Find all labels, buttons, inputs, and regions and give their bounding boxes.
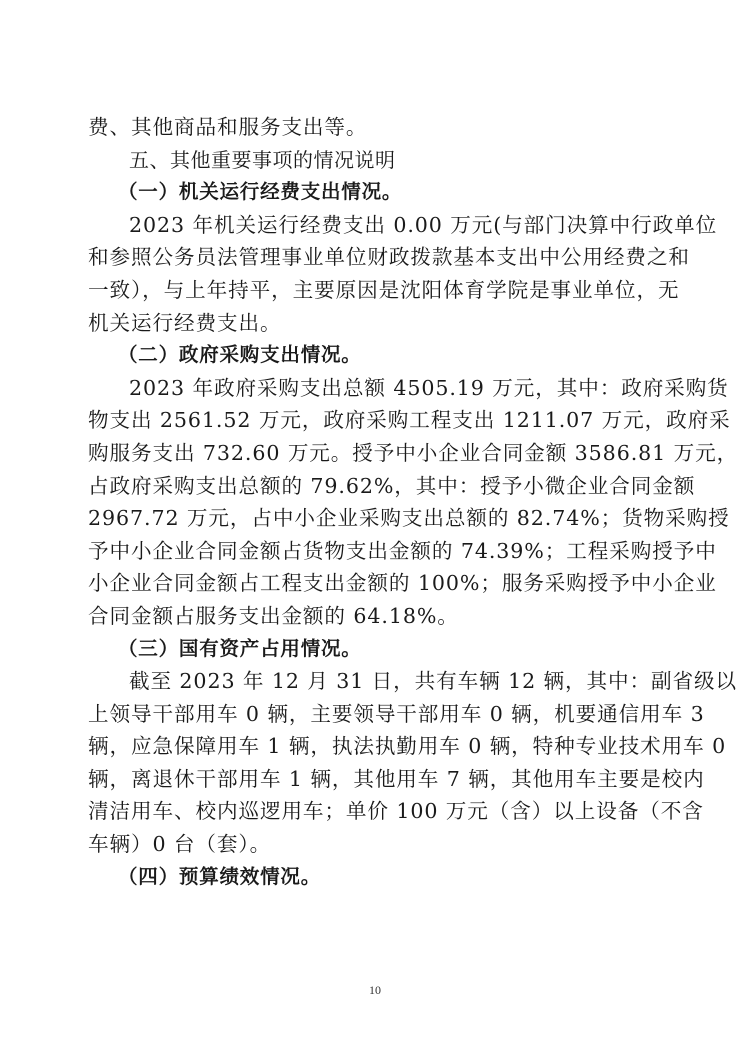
paragraph-line: 一致），与上年持平，主要原因是沈阳体育学院是事业单位，无 bbox=[88, 274, 670, 307]
paragraph-continuation: 费、其他商品和服务支出等。 bbox=[88, 111, 670, 144]
paragraph-line: 小企业合同金额占工程支出金额的 100%；服务采购授予中小企业 bbox=[88, 567, 670, 600]
page-number: 10 bbox=[0, 983, 750, 998]
paragraph-line: 机关运行经费支出。 bbox=[88, 307, 670, 340]
paragraph-line: 车辆）0 台（套）。 bbox=[88, 828, 670, 861]
subheading-government-procurement: （二）政府采购支出情况。 bbox=[88, 339, 670, 372]
subheading-operating-expenses: （一）机关运行经费支出情况。 bbox=[88, 176, 670, 209]
paragraph-line: 上领导干部用车 0 辆，主要领导干部用车 0 辆，机要通信用车 3 bbox=[88, 698, 670, 731]
subheading-state-assets: （三）国有资产占用情况。 bbox=[88, 633, 670, 666]
paragraph-line: 和参照公务员法管理事业单位财政拨款基本支出中公用经费之和 bbox=[88, 241, 670, 274]
paragraph-line: 辆，应急保障用车 1 辆，执法执勤用车 0 辆，特种专业技术用车 0 bbox=[88, 730, 670, 763]
paragraph-line: 占政府采购支出总额的 79.62%，其中：授予小微企业合同金额 bbox=[88, 470, 670, 503]
paragraph-line: 予中小企业合同金额占货物支出金额的 74.39%；工程采购授予中 bbox=[88, 535, 670, 568]
paragraph-line: 截至 2023 年 12 月 31 日，共有车辆 12 辆，其中：副省级以 bbox=[88, 665, 670, 698]
paragraph-line: 2023 年政府采购支出总额 4505.19 万元，其中：政府采购货 bbox=[88, 372, 670, 405]
paragraph-line: 清洁用车、校内巡逻用车；单价 100 万元（含）以上设备（不含 bbox=[88, 795, 670, 828]
paragraph-line: 购服务支出 732.60 万元。授予中小企业合同金额 3586.81 万元， bbox=[88, 437, 670, 470]
paragraph-line: 辆，离退休干部用车 1 辆，其他用车 7 辆，其他用车主要是校内 bbox=[88, 763, 670, 796]
subheading-budget-performance: （四）预算绩效情况。 bbox=[88, 861, 670, 894]
paragraph-line: 2967.72 万元，占中小企业采购支出总额的 82.74%；货物采购授 bbox=[88, 502, 670, 535]
paragraph-line: 2023 年机关运行经费支出 0.00 万元(与部门决算中行政单位 bbox=[88, 209, 670, 242]
paragraph-line: 合同金额占服务支出金额的 64.18%。 bbox=[88, 600, 670, 633]
paragraph-line: 物支出 2561.52 万元，政府采购工程支出 1211.07 万元，政府采 bbox=[88, 404, 670, 437]
document-page: 费、其他商品和服务支出等。 五、其他重要事项的情况说明 （一）机关运行经费支出情… bbox=[88, 111, 670, 893]
section-heading-other-matters: 五、其他重要事项的情况说明 bbox=[88, 144, 670, 177]
